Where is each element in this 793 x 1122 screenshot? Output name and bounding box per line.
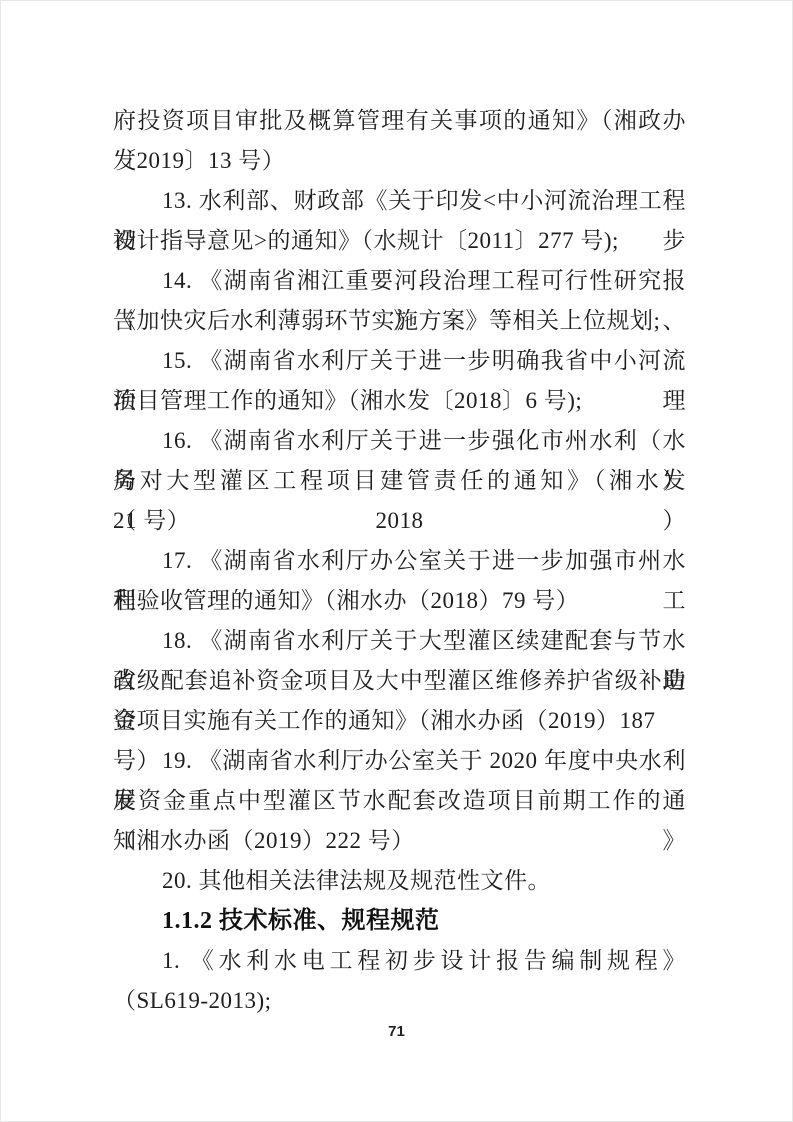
text-line: 16. 《湖南省水利厅关于进一步强化市州水利（水务） (113, 421, 686, 461)
text-line: 20. 其他相关法律法规及规范性文件。 (113, 861, 686, 901)
document-page: 府投资项目审批及概算管理有关事项的通知》（湘政办发〔2019〕13 号）13. … (0, 0, 793, 1122)
text-line: 14. 《湖南省湘江重要河段治理工程可行性研究报告》、 (113, 261, 686, 301)
document-body: 府投资项目审批及概算管理有关事项的通知》（湘政办发〔2019〕13 号）13. … (113, 101, 686, 1021)
text-line: 设计指导意见>的通知》（水规计〔2011〕277 号); (113, 221, 686, 261)
text-line: 19. 《湖南省水利厅办公室关于 2020 年度中央水利发 (113, 741, 686, 781)
text-line: 18. 《湖南省水利厅关于大型灌区续建配套与节水改造 (113, 621, 686, 661)
text-line: 〔2019〕13 号） (113, 141, 686, 181)
page-footer: 71 (1, 1023, 792, 1041)
page-number: 71 (388, 1023, 405, 1040)
text-line: 《加快灾后水利薄弱环节实施方案》等相关上位规划; (113, 301, 686, 341)
text-line: 省级配套追补资金项目及大中型灌区维修养护省级补助资 (113, 661, 686, 701)
text-line: （SL619-2013); (113, 981, 686, 1021)
text-line: 局对大型灌区工程项目建管责任的通知》（湘水发（2018） (113, 461, 686, 501)
text-line: 金项目实施有关工作的通知》（湘水办函（2019）187 号） (113, 701, 686, 741)
text-line: 展资金重点中型灌区节水配套改造项目前期工作的通知》 (113, 781, 686, 821)
text-line: 1. 《水利水电工程初步设计报告编制规程》 (113, 941, 686, 981)
text-line: 17. 《湖南省水利厅办公室关于进一步加强市州水利工 (113, 541, 686, 581)
text-line: 府投资项目审批及概算管理有关事项的通知》（湘政办发 (113, 101, 686, 141)
text-line: 15. 《湖南省水利厅关于进一步明确我省中小河流治理 (113, 341, 686, 381)
section-heading: 1.1.2 技术标准、规程规范 (113, 901, 686, 941)
text-line: 13. 水利部、财政部《关于印发<中小河流治理工程初步 (113, 181, 686, 221)
